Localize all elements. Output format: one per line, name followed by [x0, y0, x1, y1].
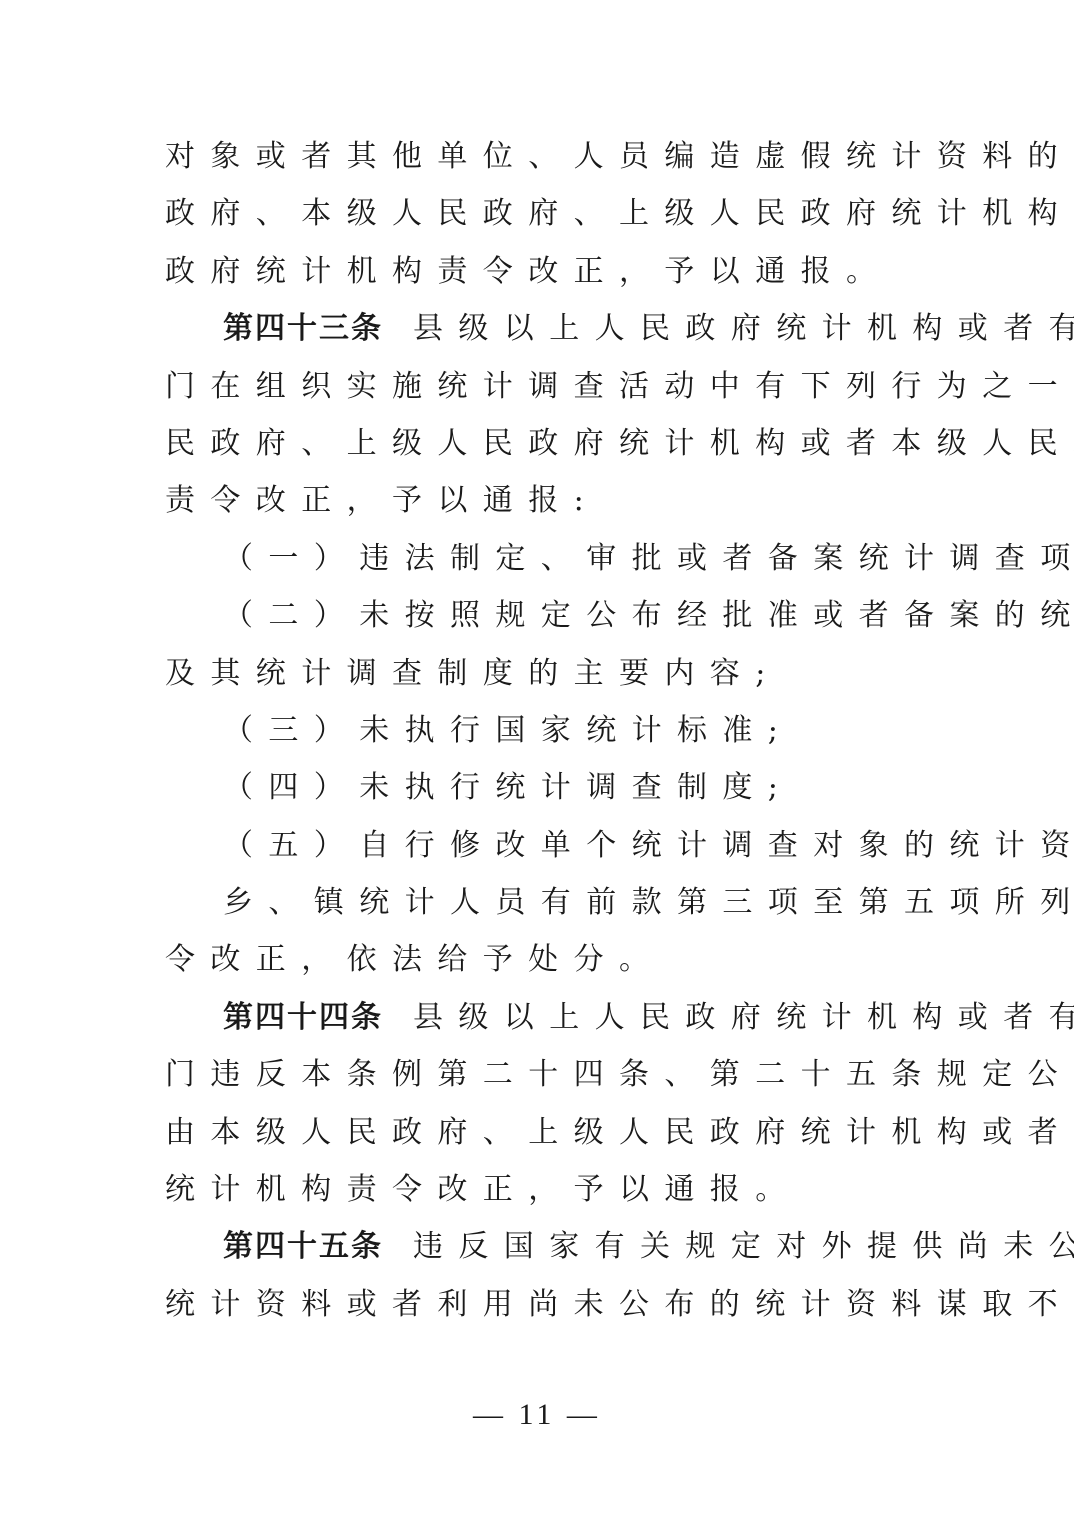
text-line: 门违反本条例第二十四条、第二十五条规定公布统计数据的， — [165, 1046, 915, 1103]
text-line: 政府统计机构责令改正，予以通报。 — [165, 243, 915, 300]
article-44-line: 第四十四条县级以上人民政府统计机构或者有关部 — [165, 989, 915, 1046]
text-line: 及其统计调查制度的主要内容; — [165, 645, 915, 702]
list-item: （五）自行修改单个统计调查对象的统计资料。 — [165, 817, 915, 874]
text-line: 民政府、上级人民政府统计机构或者本级人民政府统计机构 — [165, 415, 915, 472]
document-page: 对象或者其他单位、人员编造虚假统计资料的，由上级人民 政府、本级人民政府、上级人… — [165, 128, 915, 1333]
page-number: — 11 — — [0, 1398, 1074, 1432]
article-43-line: 第四十三条县级以上人民政府统计机构或者有关部 — [165, 300, 915, 357]
list-item: （二）未按照规定公布经批准或者备案的统计调查项目 — [165, 587, 915, 644]
text-line: 门在组织实施统计调查活动中有下列行为之一的，由本级人 — [165, 358, 915, 415]
article-heading: 第四十四条 — [223, 1000, 383, 1035]
list-item: （三）未执行国家统计标准; — [165, 702, 915, 759]
text-line: 县级以上人民政府统计机构或者有关部 — [413, 311, 1074, 346]
text-line: 乡、镇统计人员有前款第三项至第五项所列行为的，责 — [165, 874, 915, 931]
article-heading: 第四十五条 — [223, 1229, 383, 1264]
article-heading: 第四十三条 — [223, 311, 383, 346]
list-item: （四）未执行统计调查制度; — [165, 759, 915, 816]
text-line: 对象或者其他单位、人员编造虚假统计资料的，由上级人民 — [165, 128, 915, 185]
article-45-line: 第四十五条违反国家有关规定对外提供尚未公布的 — [165, 1218, 915, 1275]
text-line: 统计资料或者利用尚未公布的统计资料谋取不正当利益的， — [165, 1276, 915, 1333]
text-line: 县级以上人民政府统计机构或者有关部 — [413, 1000, 1074, 1035]
text-line: 违反国家有关规定对外提供尚未公布的 — [413, 1229, 1074, 1264]
text-line: 政府、本级人民政府、上级人民政府统计机构或者本级人民 — [165, 185, 915, 242]
text-line: 由本级人民政府、上级人民政府统计机构或者本级人民政府 — [165, 1104, 915, 1161]
list-item: （一）违法制定、审批或者备案统计调查项目; — [165, 530, 915, 587]
text-line: 统计机构责令改正，予以通报。 — [165, 1161, 915, 1218]
text-line: 令改正，依法给予处分。 — [165, 931, 915, 988]
text-line: 责令改正，予以通报: — [165, 472, 915, 529]
